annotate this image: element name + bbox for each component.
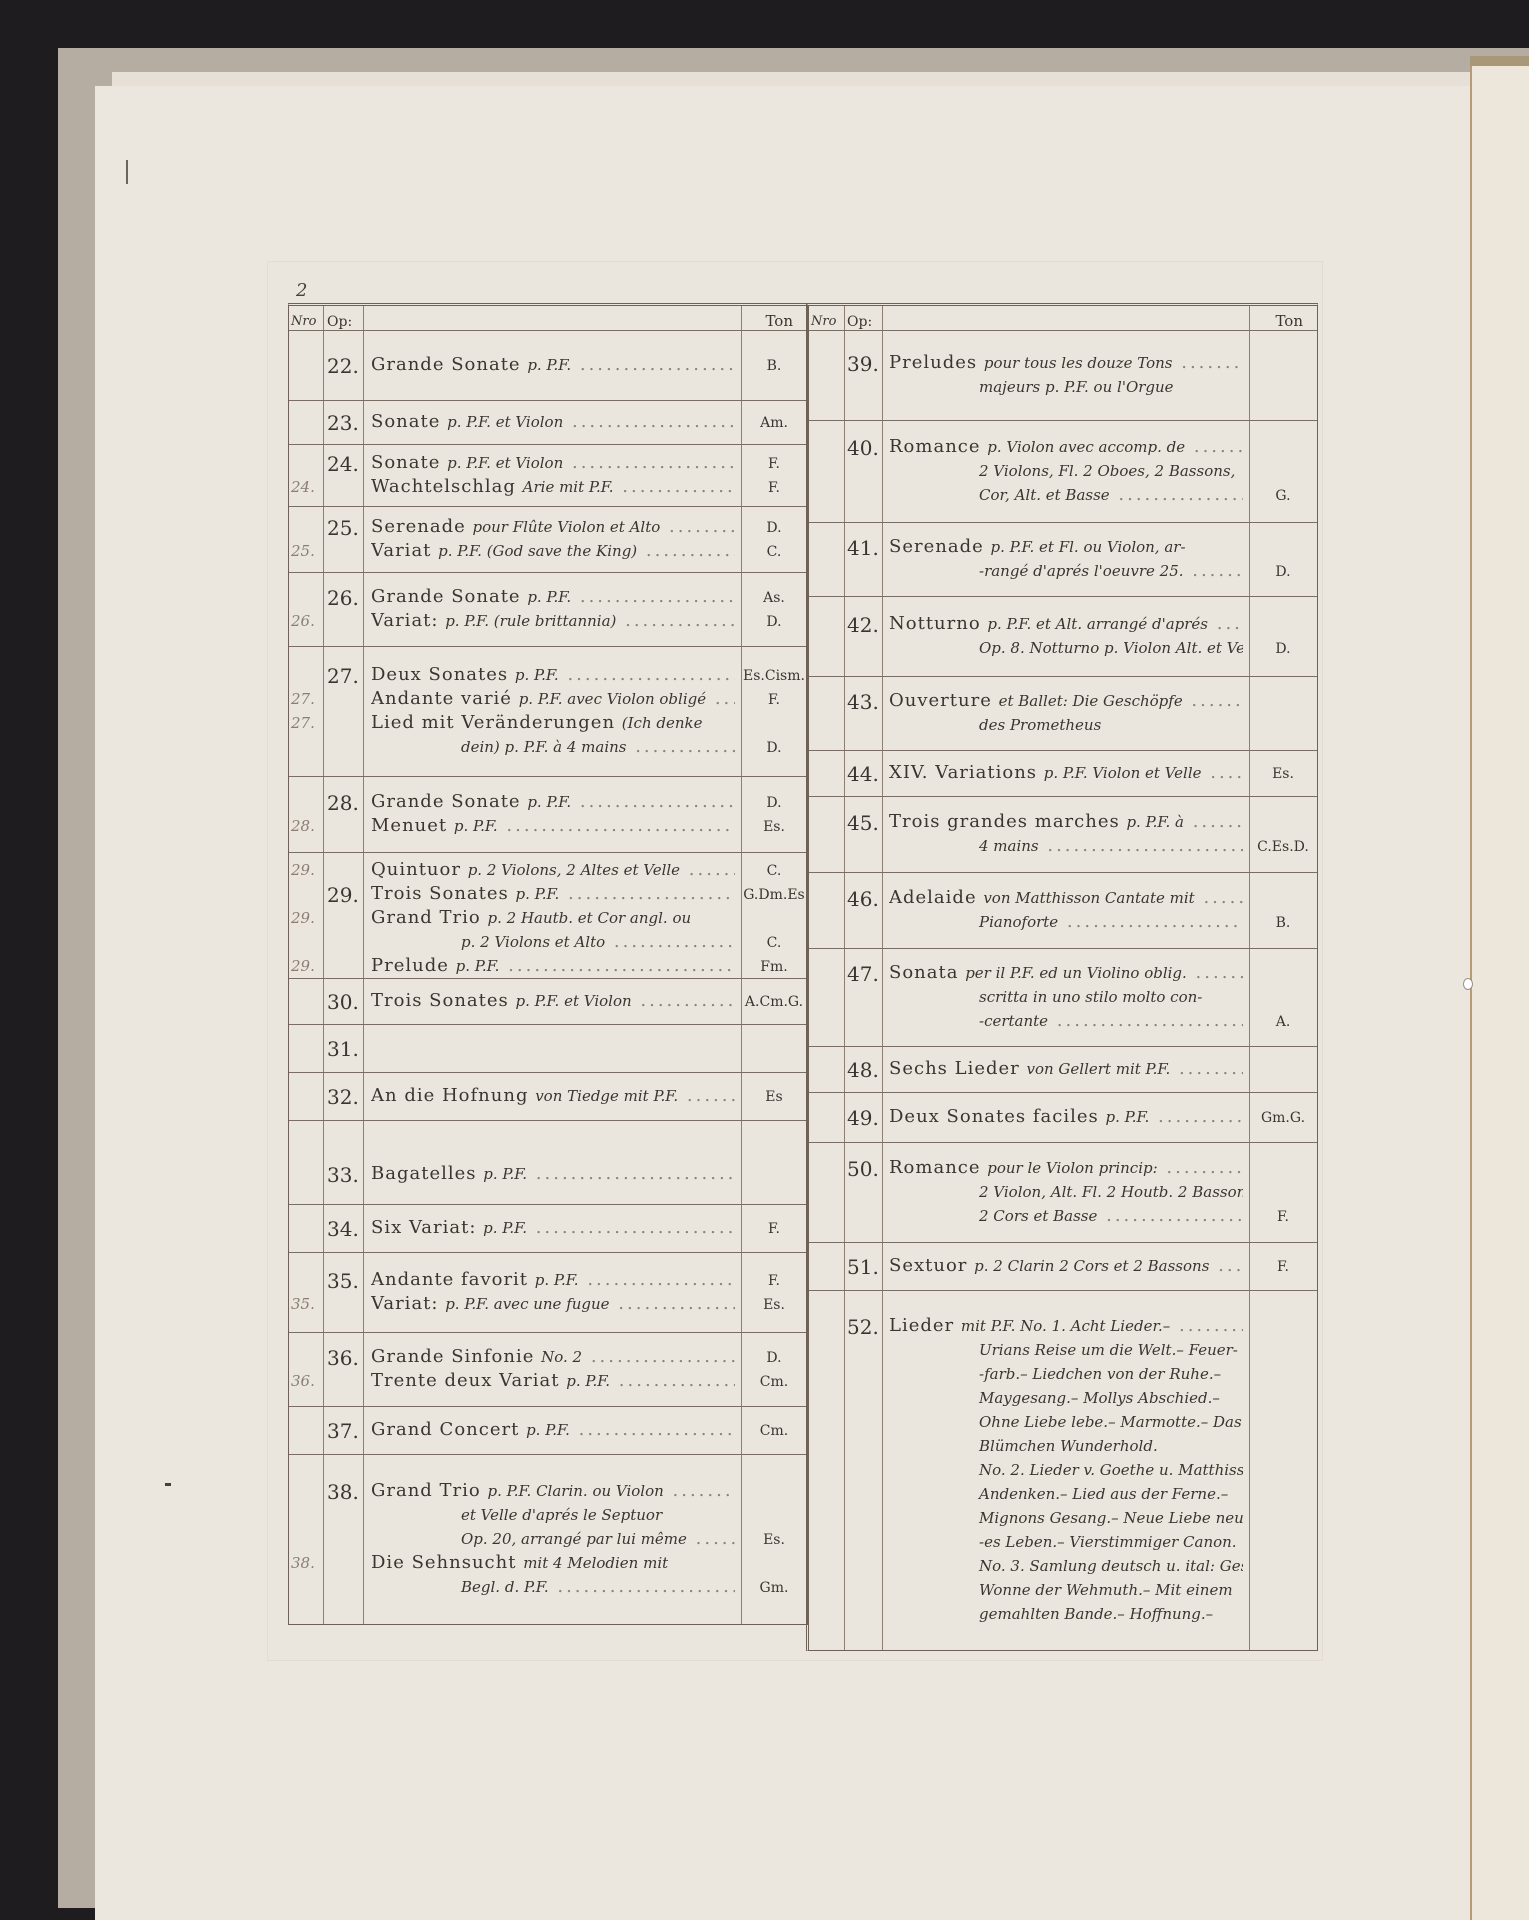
work-detail: 2 Violons, Fl. 2 Oboes, 2 Bassons, [979,462,1235,480]
leader-dots: ........................................… [626,736,735,757]
entry-line: 32.An die Hofnung von Tiedge mit P.F. ..… [289,1085,807,1111]
entry-line: 25.Variat p. P.F. (God save the King) ..… [289,540,807,566]
entry-line: Op. 20, arrangé par lui même ...........… [289,1528,807,1554]
work-detail: Blümchen Wunderhold. [979,1437,1158,1455]
nro-number: 29. [291,861,323,879]
opus-number: 23. [327,411,359,435]
work-detail: et Ballet: Die Geschöpfe [999,692,1183,710]
key-tonality: A.Cm.G. [741,994,807,1010]
leader-dots: ........................................… [610,1370,735,1391]
key-tonality: Gm.G. [1249,1110,1317,1126]
nro-number: 28. [291,817,323,835]
work-description: Notturno p. P.F. et Alt. arrangé d'aprés… [889,613,1243,634]
work-title: XIV. Variations [889,762,1037,783]
work-description: majeurs p. P.F. ou l'Orgue [889,376,1243,397]
work-description: Urians Reise um die Welt.– Feuer- [889,1339,1243,1360]
table-row: 48.Sechs Lieder von Gellert mit P.F. ...… [809,1046,1317,1092]
work-description: -rangé d'aprés l'oeuvre 25. ............… [889,560,1243,581]
work-description: Deux Sonates faciles p. P.F. ...........… [889,1106,1243,1127]
work-description: Grand Trio p. 2 Hautb. et Cor angl. ou [371,907,735,928]
work-detail: p. P.F. et Violon [447,454,563,472]
work-description: 2 Cors et Basse ........................… [889,1205,1243,1226]
work-description: -farb.– Liedchen von der Ruhe.– [889,1363,1243,1384]
work-detail: et Velle d'aprés le Septuor [461,1506,662,1524]
key-tonality: A. [1249,1014,1317,1030]
table-row: 34.Six Variat: p. P.F. .................… [289,1204,807,1252]
work-detail: pour le Violon princip: [987,1159,1157,1177]
key-tonality: Es. [741,819,807,835]
entry-line: 38.Grand Trio p. P.F. Clarin. ou Violon … [289,1480,807,1506]
work-title: Grande Sonate [371,791,521,812]
work-detail: p. P.F. [516,885,560,903]
work-detail: p. P.F. [483,1165,527,1183]
work-title: Sextuor [889,1255,967,1276]
entry-line: 27.Lied mit Veränderungen (Ich denke [289,712,807,738]
entry-line: 49.Deux Sonates faciles p. P.F. ........… [809,1106,1317,1132]
entry-line: 48.Sechs Lieder von Gellert mit P.F. ...… [809,1058,1317,1084]
work-title: Grande Sinfonie [371,1346,534,1367]
work-description: Wachtelschlag Arie mit P.F. ............… [371,476,735,497]
table-row: 36.Grande Sinfonie No. 2 ...............… [289,1332,807,1406]
leader-dots: ........................................… [1039,835,1243,856]
paper-hole [1463,978,1473,990]
work-title: Andante varié [371,688,512,709]
leader-dots: ........................................… [614,476,735,497]
key-tonality: Es. [741,1297,807,1313]
work-description: Variat p. P.F. (God save the King) .....… [371,540,735,561]
work-description: -es Leben.– Vierstimmiger Canon. [889,1531,1243,1552]
work-description: Deux Sonates p. P.F. ...................… [371,664,735,685]
table-header: Nro Op: Ton [809,306,1317,330]
work-description: Trois Sonates p. P.F. et Violon ........… [371,990,735,1011]
work-detail: mit 4 Melodien mit [523,1554,668,1572]
work-description: Lieder mit P.F. No. 1. Acht Lieder.– ...… [889,1315,1243,1336]
work-description: Menuet p. P.F. .........................… [371,815,735,836]
work-detail: Urians Reise um die Welt.– Feuer- [979,1341,1238,1359]
opus-number: 29. [327,883,359,907]
leader-dots: ........................................… [571,586,735,607]
entry-line: 36.Grande Sinfonie No. 2 ...............… [289,1346,807,1372]
leader-dots: ........................................… [527,1163,735,1184]
entry-line: 51.Sextuor p. 2 Clarin 2 Cors et 2 Basso… [809,1255,1317,1281]
work-detail: pour Flûte Violon et Alto [472,518,660,536]
work-detail: No. 2. Lieder v. Goethe u. Matthisson [979,1461,1243,1479]
leader-dots: ........................................… [559,883,735,904]
leader-dots: ........................................… [549,1576,735,1597]
entry-line: 2 Violon, Alt. Fl. 2 Houtb. 2 Basson [809,1181,1317,1207]
leader-dots: ........................................… [632,990,735,1011]
entry-line: Andenken.– Lied aus der Ferne.– [809,1483,1317,1509]
work-description: scritta in uno stilo molto con- [889,986,1243,1007]
work-description: Trois Sonates p. P.F. ..................… [371,883,735,904]
entry-line: 44.XIV. Variations p. P.F. Violon et Vel… [809,762,1317,788]
work-description: 2 Violons, Fl. 2 Oboes, 2 Bassons, [889,460,1243,481]
opus-number: 36. [327,1346,359,1370]
key-tonality: B. [741,358,807,374]
entry-line: 27.Andante varié p. P.F. avec Violon obl… [289,688,807,714]
work-description: Romance pour le Violon princip: ........… [889,1157,1243,1178]
work-detail: p. P.F. et Fl. ou Violon, ar- [990,538,1185,556]
table-row: 24.Sonate p. P.F. et Violon ............… [289,444,807,506]
work-description: Cor, Alt. et Basse .....................… [889,484,1243,505]
opus-number: 46. [847,887,879,911]
opus-number: 31. [327,1037,359,1061]
work-description: Sonate p. P.F. et Violon ...............… [371,411,735,432]
work-title: Sechs Lieder [889,1058,1020,1079]
leader-dots: ........................................… [563,411,735,432]
entry-line: 24.Sonate p. P.F. et Violon ............… [289,452,807,478]
work-detail: p. 2 Violons et Alto [461,933,605,951]
entry-line: 41.Serenade p. P.F. et Fl. ou Violon, ar… [809,536,1317,562]
work-description: Pianoforte .............................… [889,911,1243,932]
work-description: An die Hofnung von Tiedge mit P.F. .....… [371,1085,735,1106]
leader-dots: ........................................… [571,791,735,812]
leader-dots: ........................................… [1185,436,1243,457]
key-tonality: Es. [741,1532,807,1548]
entry-line: 22.Grande Sonate p. P.F. ...............… [289,354,807,380]
work-detail: p. P.F. [527,356,571,374]
work-detail: p. P.F. [535,1271,579,1289]
work-title: Romance [889,436,981,457]
leader-dots: ........................................… [527,1217,735,1238]
work-title: Adelaide [889,887,977,908]
work-title: Grande Sonate [371,354,521,375]
work-detail: Begl. d. P.F. [461,1578,549,1596]
leader-dots: ........................................… [1149,1106,1243,1127]
work-detail: -certante [979,1012,1048,1030]
work-description: No. 2. Lieder v. Goethe u. Matthisson [889,1459,1243,1480]
work-detail: Op. 20, arrangé par lui même [461,1530,687,1548]
work-detail: p. Violon avec accomp. de [987,438,1185,456]
work-detail: p. 2 Hautb. et Cor angl. ou [488,909,692,927]
entry-line: -es Leben.– Vierstimmiger Canon. [809,1531,1317,1557]
leader-dots: ........................................… [1184,811,1243,832]
entry-line: 37.Grand Concert p. P.F. ...............… [289,1419,807,1445]
work-title: Bagatelles [371,1163,477,1184]
leader-dots: ........................................… [1170,1058,1243,1079]
opus-number: 44. [847,762,879,786]
work-detail: Andenken.– Lied aus der Ferne.– [979,1485,1228,1503]
entry-line: gemahlten Bande.– Hoffnung.– [809,1603,1317,1629]
leader-dots: ........................................… [687,1528,735,1549]
entry-line: Pianoforte .............................… [809,911,1317,937]
work-description: p. 2 Violons et Alto ...................… [371,931,735,952]
leader-dots: ........................................… [680,859,735,880]
work-detail: p. P.F. [515,666,559,684]
entry-line: No. 2. Lieder v. Goethe u. Matthisson [809,1459,1317,1485]
work-description: Adelaide von Matthisson Cantate mit ....… [889,887,1243,908]
key-tonality: Fm. [741,959,807,975]
work-description: Romance p. Violon avec accomp. de ......… [889,436,1243,457]
work-description: Grande Sonate p. P.F. ..................… [371,586,735,607]
leader-dots: ........................................… [664,1480,735,1501]
work-description: Op. 8. Notturno p. Violon Alt. et Velle … [889,637,1243,658]
table-row: 30.Trois Sonates p. P.F. et Violon .....… [289,978,807,1024]
work-title: Preludes [889,352,977,373]
work-detail: 4 mains [979,837,1039,855]
key-tonality: Es.Cism. [741,668,807,684]
entry-line [289,1139,807,1165]
key-tonality: G. [1249,488,1317,504]
work-detail: p. P.F. à [1126,813,1184,831]
work-title: Trois Sonates [371,990,509,1011]
work-title: Sonate [371,411,440,432]
entry-line: No. 3. Samlung deutsch u. ital: Gesänge [809,1555,1317,1581]
work-title: Grand Trio [371,1480,481,1501]
leader-dots: ........................................… [1184,560,1243,581]
work-description: Sechs Lieder von Gellert mit P.F. ......… [889,1058,1243,1079]
entry-line: 2 Violons, Fl. 2 Oboes, 2 Bassons, [809,460,1317,486]
opus-number: 35. [327,1269,359,1293]
work-description: Grand Trio p. P.F. Clarin. ou Violon ...… [371,1480,735,1501]
key-tonality: D. [741,740,807,756]
work-detail: per il P.F. ed un Violino oblig. [965,964,1187,982]
entry-line: 2 Cors et Basse ........................… [809,1205,1317,1231]
work-description: Andante favorit p. P.F. ................… [371,1269,735,1290]
work-title: Variat: [371,1293,438,1314]
table-row: 29.Quintuor p. 2 Violons, 2 Altes et Vel… [289,852,807,978]
entry-line: -farb.– Liedchen von der Ruhe.– [809,1363,1317,1389]
entry-line: Cor, Alt. et Basse .....................… [809,484,1317,510]
entry-line: Maygesang.– Mollys Abschied.– [809,1387,1317,1413]
work-detail: p. P.F. [527,793,571,811]
entry-line: 40.Romance p. Violon avec accomp. de ...… [809,436,1317,462]
table-row: 44.XIV. Variations p. P.F. Violon et Vel… [809,750,1317,796]
entry-line: 30.Trois Sonates p. P.F. et Violon .....… [289,990,807,1016]
leader-dots: ........................................… [1097,1205,1243,1226]
entry-line: 31. [289,1037,807,1063]
key-tonality: D. [1249,641,1317,657]
table-row: 51.Sextuor p. 2 Clarin 2 Cors et 2 Basso… [809,1242,1317,1290]
leader-dots: ........................................… [605,931,735,952]
work-description: 2 Violon, Alt. Fl. 2 Houtb. 2 Basson [889,1181,1243,1202]
key-tonality: Cm. [741,1423,807,1439]
leader-dots: ........................................… [1202,762,1244,783]
table-row: 49.Deux Sonates faciles p. P.F. ........… [809,1092,1317,1142]
work-title: Six Variat: [371,1217,476,1238]
work-title: Trois Sonates [371,883,509,904]
entry-line: 28.Grande Sonate p. P.F. ...............… [289,791,807,817]
entry-line: 33.Bagatelles p. P.F. ..................… [289,1163,807,1189]
work-detail: p. P.F. [456,957,500,975]
work-description: Grande Sonate p. P.F. ..................… [371,791,735,812]
entry-line: 43.Ouverture et Ballet: Die Geschöpfe ..… [809,690,1317,716]
nro-number: 26. [291,612,323,630]
work-title: Ouverture [889,690,992,711]
entry-line: Mignons Gesang.– Neue Liebe neu- [809,1507,1317,1533]
work-description: Maygesang.– Mollys Abschied.– [889,1387,1243,1408]
work-description: Grande Sinfonie No. 2 ..................… [371,1346,735,1367]
work-detail: p. P.F. [483,1219,527,1237]
opus-number: 37. [327,1419,359,1443]
key-tonality: F. [741,1221,807,1237]
entry-line: majeurs p. P.F. ou l'Orgue [809,376,1317,402]
nro-number: 38. [291,1554,323,1572]
table-row: 32.An die Hofnung von Tiedge mit P.F. ..… [289,1072,807,1120]
entry-line: Begl. d. P.F. ..........................… [289,1576,807,1602]
leader-dots: ........................................… [1209,1255,1243,1276]
work-detail: p. P.F. et Violon [516,992,632,1010]
work-description: Variat: p. P.F. (rule brittannia) ......… [371,610,735,631]
work-detail: mit P.F. No. 1. Acht Lieder.– [961,1317,1170,1335]
work-description: Blümchen Wunderhold. [889,1435,1243,1456]
entry-line: Urians Reise um die Welt.– Feuer- [809,1339,1317,1365]
key-tonality: D. [741,614,807,630]
table-row: 23.Sonate p. P.F. et Violon ............… [289,400,807,444]
table-row: 26.Grande Sonate p. P.F. ...............… [289,572,807,646]
leader-dots: ........................................… [499,955,735,976]
entry-line: 29.Grand Trio p. 2 Hautb. et Cor angl. o… [289,907,807,933]
work-detail: Maygesang.– Mollys Abschied.– [979,1389,1220,1407]
opus-number: 42. [847,613,879,637]
entry-line: 39.Preludes pour tous les douze Tons ...… [809,352,1317,378]
opus-number: 34. [327,1217,359,1241]
header-ton: Ton [765,312,793,330]
work-description: Trente deux Variat p. P.F. .............… [371,1370,735,1391]
work-title: Menuet [371,815,447,836]
entry-line: 35.Andante favorit p. P.F. .............… [289,1269,807,1295]
key-tonality: C.Es.D. [1249,839,1317,855]
opus-number: 24. [327,452,359,476]
work-title: Serenade [889,536,984,557]
key-tonality: Am. [741,415,807,431]
work-detail: von Matthisson Cantate mit [983,889,1194,907]
table-row: 42.Notturno p. P.F. et Alt. arrangé d'ap… [809,596,1317,676]
work-title: Serenade [371,516,466,537]
work-detail: majeurs p. P.F. ou l'Orgue [979,378,1174,396]
leader-dots: ........................................… [1195,887,1243,908]
opus-number: 52. [847,1315,879,1339]
key-tonality: Es. [1249,766,1317,782]
table-row: 38.Grand Trio p. P.F. Clarin. ou Violon … [289,1454,807,1624]
work-title: Deux Sonates [371,664,508,685]
opus-number: 25. [327,516,359,540]
opus-number: 30. [327,990,359,1014]
work-title: Andante favorit [371,1269,528,1290]
work-description: Begl. d. P.F. ..........................… [371,1576,735,1597]
entry-line: et Velle d'aprés le Septuor [289,1504,807,1530]
leader-dots: ........................................… [1187,962,1243,983]
key-tonality: As. [741,590,807,606]
work-description: Sonata per il P.F. ed un Violino oblig. … [889,962,1243,983]
table-row: 37.Grand Concert p. P.F. ...............… [289,1406,807,1454]
entry-line: Ohne Liebe lebe.– Marmotte.– Das [809,1411,1317,1437]
work-description: Grande Sonate p. P.F. ..................… [371,354,735,375]
work-description: Andante varié p. P.F. avec Violon obligé… [371,688,735,709]
key-tonality: Es [741,1089,807,1105]
work-detail: p. P.F. [527,588,571,606]
work-description: Die Sehnsucht mit 4 Melodien mit [371,1552,735,1573]
leader-dots: ........................................… [610,1293,735,1314]
work-description: Ohne Liebe lebe.– Marmotte.– Das [889,1411,1243,1432]
catalogue-table-right: Nro Op: Ton 39.Preludes pour tous les do… [806,303,1318,1651]
key-tonality: F. [741,480,807,496]
table-row: 46.Adelaide von Matthisson Cantate mit .… [809,872,1317,948]
work-detail: Cor, Alt. et Basse [979,486,1110,504]
key-tonality: C. [741,544,807,560]
table-row: 43.Ouverture et Ballet: Die Geschöpfe ..… [809,676,1317,750]
work-title: Variat [371,540,431,561]
leader-dots: ........................................… [1048,1010,1243,1031]
work-title: Trente deux Variat [371,1370,560,1391]
work-detail: -rangé d'aprés l'oeuvre 25. [979,562,1184,580]
margin-tick [165,1483,171,1486]
work-description: gemahlten Bande.– Hoffnung.– [889,1603,1243,1624]
key-tonality: D. [1249,564,1317,580]
key-tonality: F. [741,692,807,708]
key-tonality: C. [741,863,807,879]
entry-line: 42.Notturno p. P.F. et Alt. arrangé d'ap… [809,613,1317,639]
leader-dots: ........................................… [1058,911,1243,932]
opus-number: 27. [327,664,359,688]
entry-line: des Prometheus [809,714,1317,740]
catalogue-table-left: Nro Op: Ton 22.Grande Sonate p. P.F. ...… [288,303,808,1625]
work-detail: scritta in uno stilo molto con- [979,988,1202,1006]
key-tonality: F. [741,456,807,472]
entry-line: Blümchen Wunderhold. [809,1435,1317,1461]
work-description: Trois grandes marches p. P.F. à ........… [889,811,1243,832]
opus-number: 47. [847,962,879,986]
opus-number: 40. [847,436,879,460]
work-detail: p. P.F. et Alt. arrangé d'aprés [987,615,1208,633]
entry-line: 29.Quintuor p. 2 Violons, 2 Altes et Vel… [289,859,807,885]
entry-line: 26.Grande Sonate p. P.F. ...............… [289,586,807,612]
work-detail: -es Leben.– Vierstimmiger Canon. [979,1533,1237,1551]
opus-number: 51. [847,1255,879,1279]
leader-dots: ........................................… [570,1419,735,1440]
work-description: Bagatelles p. P.F. .....................… [371,1163,735,1184]
entry-line: scritta in uno stilo molto con- [809,986,1317,1012]
work-detail: -farb.– Liedchen von der Ruhe.– [979,1365,1221,1383]
key-tonality: Cm. [741,1374,807,1390]
table-row: 47.Sonata per il P.F. ed un Violino obli… [809,948,1317,1046]
key-tonality: Gm. [741,1580,807,1596]
table-row: 40.Romance p. Violon avec accomp. de ...… [809,420,1317,522]
entry-line: 35.Variat: p. P.F. avec une fugue ......… [289,1293,807,1319]
work-detail: p. P.F. [566,1372,610,1390]
key-tonality: D. [741,520,807,536]
nro-number: 29. [291,909,323,927]
work-description: Sonate p. P.F. et Violon ...............… [371,452,735,473]
work-description: Grand Concert p. P.F. ..................… [371,1419,735,1440]
leader-dots: ........................................… [616,610,735,631]
work-detail: p. P.F. (rule brittannia) [445,612,616,630]
entry-line: -rangé d'aprés l'oeuvre 25. ............… [809,560,1317,586]
work-detail: p. P.F. Violon et Velle [1044,764,1202,782]
work-description: 4 mains ................................… [889,835,1243,856]
leader-dots: ........................................… [498,815,735,836]
nro-number: 27. [291,690,323,708]
work-title: Grand Trio [371,907,481,928]
work-description: Serenade p. P.F. et Fl. ou Violon, ar- [889,536,1243,557]
work-detail: gemahlten Bande.– Hoffnung.– [979,1605,1213,1623]
work-detail: pour tous les douze Tons [984,354,1173,372]
leader-dots: ........................................… [571,354,735,375]
header-op: Op: [847,314,872,330]
margin-pencil-mark [126,160,128,184]
entry-line: 28.Menuet p. P.F. ......................… [289,815,807,841]
table-row: 45.Trois grandes marches p. P.F. à .....… [809,796,1317,872]
work-description: Serenade pour Flûte Violon et Alto .....… [371,516,735,537]
entry-line: 50.Romance pour le Violon princip: .....… [809,1157,1317,1183]
work-detail: 2 Cors et Basse [979,1207,1097,1225]
work-title: Prelude [371,955,449,976]
work-detail: Op. 8. Notturno p. Violon Alt. et Velle [979,639,1243,657]
entry-line: 36.Trente deux Variat p. P.F. ..........… [289,1370,807,1396]
header-ton: Ton [1275,312,1303,330]
table-row: 28.Grande Sonate p. P.F. ...............… [289,776,807,852]
key-tonality: C. [741,935,807,951]
